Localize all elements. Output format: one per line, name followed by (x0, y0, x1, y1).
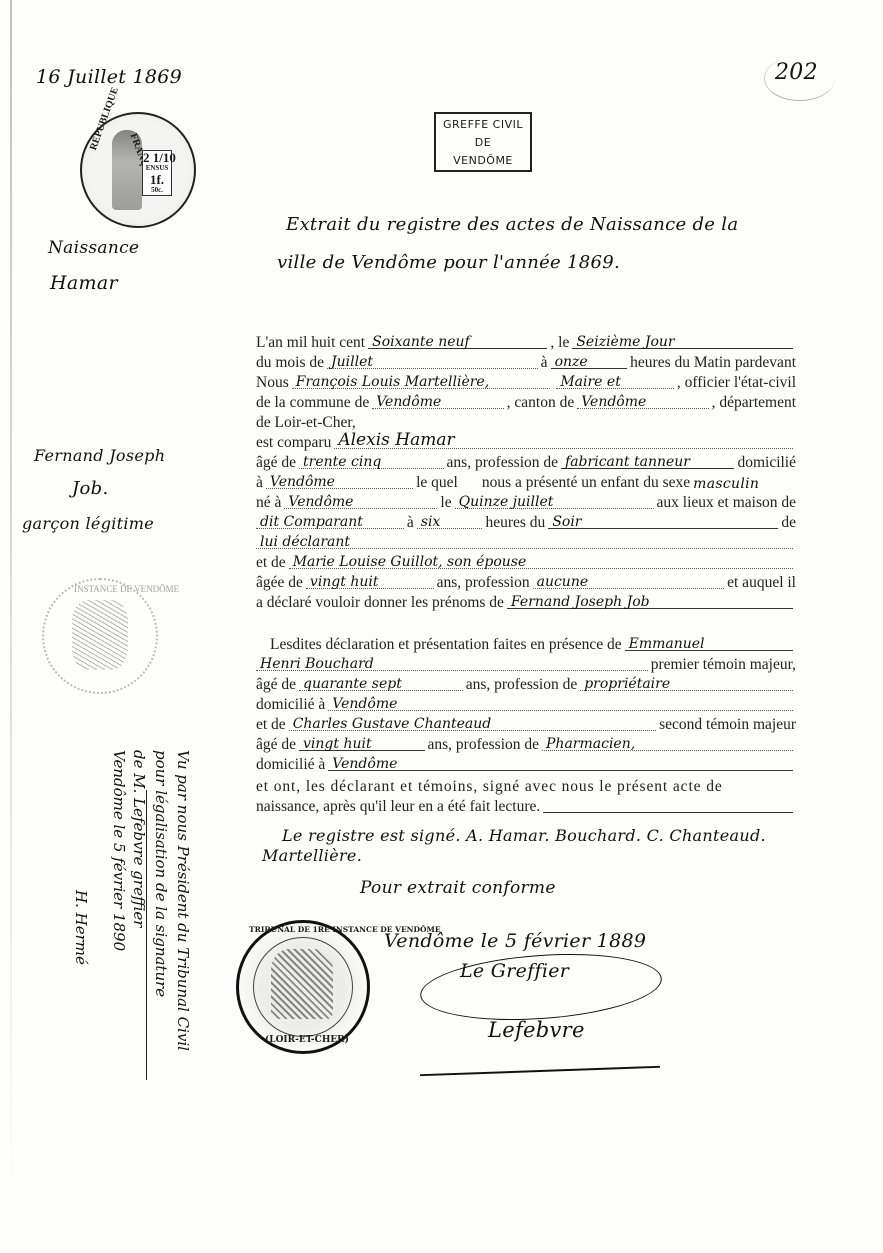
page-edge-shadow (10, 0, 12, 1200)
field-year: Soixante neuf (368, 330, 547, 349)
field-witness2-age: vingt huit (299, 732, 425, 751)
document-title-line-2: ville de Vendôme pour l'année 1869. (277, 252, 620, 273)
value: Vendôme (288, 494, 353, 510)
value: François Louis Martellière, (296, 374, 489, 390)
form-row-birthplace: né à Vendôme le Quinze juillet aux lieux… (256, 492, 796, 512)
seal-figure-icon (72, 600, 128, 670)
value: dit Comparant (260, 514, 363, 530)
value: Henri Bouchard (260, 656, 374, 672)
greffier-signature: Lefebvre (488, 1018, 585, 1042)
value: lui déclarant (260, 534, 350, 550)
field-domicile: Vendôme (266, 470, 413, 489)
label: âgé de (256, 676, 296, 694)
form-row-officer: Nous François Louis Martellière, Maire e… (256, 372, 796, 392)
value: Vendôme (270, 474, 335, 490)
value: fabricant tanneur (565, 454, 690, 470)
form-row-witness2: et de Charles Gustave Chanteaud second t… (256, 714, 796, 734)
spacer (256, 612, 796, 634)
form-row-given-names: a déclaré vouloir donner les prénoms de … (256, 592, 796, 612)
faded-seal-text: INSTANCE DE VENDÔME (74, 584, 179, 594)
greffe-civil-stamp: GREFFE CIVIL DE VENDÔME (434, 112, 532, 172)
signature-underline (420, 1066, 660, 1076)
scanned-document-page: 16 Juillet 1869 202 RÉPUBLIQUE FRANÇAISE… (0, 0, 883, 1253)
margin-status: garçon légitime (22, 514, 154, 533)
form-row-year: L'an mil huit cent Soixante neuf , le Se… (256, 332, 796, 352)
label: âgé de (256, 736, 296, 754)
label: a déclaré vouloir donner les prénoms de (256, 594, 504, 612)
value: Vendôme (581, 394, 646, 410)
field-officer: François Louis Martellière, (292, 370, 551, 389)
field-mother-age: vingt huit (306, 570, 434, 589)
margin-heading: Naissance (48, 238, 139, 258)
value: onze (555, 354, 588, 370)
label: âgée de (256, 574, 303, 592)
form-row-father: lui déclarant (256, 532, 796, 552)
value: Emmanuel (629, 636, 705, 652)
value: Charles Gustave Chanteaud (293, 716, 492, 732)
greffe-line-3: VENDÔME (436, 152, 530, 170)
field-declarant: Alexis Hamar (334, 430, 793, 449)
stamp-value-top: 2 1/10 (143, 150, 176, 165)
register-signed-note-2: Martellière. (262, 846, 362, 865)
faded-seal-icon: INSTANCE DE VENDÔME (42, 578, 158, 694)
field-witness1-name: Henri Bouchard (256, 652, 648, 671)
folio-number: 202 (764, 56, 835, 101)
field-day: Seizième Jour (572, 330, 793, 349)
form-row-mother: et de Marie Louise Guillot, son épouse (256, 552, 796, 572)
fiscal-stamp-icon: RÉPUBLIQUE FRANÇAISE 2 1/10 ENSUS 1f. 50… (80, 112, 196, 228)
label: domicilié à (256, 756, 325, 774)
label: de la commune de (256, 394, 369, 412)
field-officer-title: Maire et (556, 370, 674, 389)
field-hour: onze (551, 350, 628, 369)
legalization-rule (146, 790, 147, 1080)
field-birth-hour: six (417, 510, 483, 529)
form-row-witness1-domicile: domicilié à Vendôme (256, 694, 796, 714)
field-given-names: Fernand Joseph Job (507, 590, 793, 609)
value: quarante sept (303, 676, 402, 692)
form-row-witness1-age: âgé de quarante sept ans, profession de … (256, 674, 796, 694)
field-residence: dit Comparant (256, 510, 404, 529)
label: , canton de (507, 394, 575, 412)
birth-record-form: L'an mil huit cent Soixante neuf , le Se… (256, 332, 796, 816)
value: Seizième Jour (576, 334, 674, 350)
field-sex: masculin (693, 476, 759, 492)
legalization-line: pour légalisation de la signature (152, 750, 170, 997)
label: à (256, 474, 263, 492)
form-row-witness-intro: Lesdites déclaration et présentation fai… (256, 634, 796, 654)
label: et de (256, 554, 286, 572)
label: domicilié (737, 454, 796, 472)
field-witness1-age: quarante sept (299, 672, 463, 691)
form-row-domicile: à Vendôme le quel nous a présenté un enf… (256, 472, 796, 492)
field-mother: Marie Louise Guillot, son épouse (289, 550, 793, 569)
field-witness2-profession: Pharmacien, (542, 732, 793, 751)
closing-text: naissance, après qu'il leur en a été fai… (256, 798, 540, 816)
form-row-witness2-domicile: domicilié à Vendôme (256, 754, 796, 774)
value: Vendôme (332, 696, 397, 712)
certified-extract: Pour extrait conforme (360, 878, 556, 898)
greffier-title: Le Greffier (460, 960, 569, 982)
value: Vendôme (332, 756, 397, 772)
value: Marie Louise Guillot, son épouse (293, 554, 527, 570)
label: ans, profession de (447, 454, 559, 472)
stamp-value-main: 1f. (150, 172, 164, 187)
field-canton: Vendôme (577, 390, 708, 409)
field-birthdate: Quinze juillet (455, 490, 654, 509)
legalization-signature: H. Hermé (72, 890, 90, 965)
seal-figure-icon (271, 949, 333, 1019)
form-row-month: du mois de Juillet à onze heures du Mati… (256, 352, 796, 372)
stamp-value: 2 1/10 ENSUS 1f. 50c. (142, 150, 172, 196)
value: vingt huit (310, 574, 379, 590)
field-month: Juillet (327, 350, 538, 369)
field-profession: fabricant tanneur (561, 450, 734, 469)
field-commune: Vendôme (372, 390, 503, 409)
legalization-line: Vu par nous Président du Tribunal Civil (174, 750, 192, 1051)
field-witness2-name: Charles Gustave Chanteaud (289, 712, 656, 731)
value: six (421, 514, 441, 530)
field-father: lui déclarant (256, 530, 793, 549)
form-row-commune: de la commune de Vendôme , canton de Ven… (256, 392, 796, 412)
field-witness1-first: Emmanuel (625, 632, 793, 651)
form-row-department: de Loir-et-Cher, (256, 412, 796, 432)
field-witness1-domicile: Vendôme (328, 692, 793, 711)
field-witness1-profession: propriétaire (580, 672, 793, 691)
form-row-declarant-age: âgé de trente cinq ans, profession de fa… (256, 452, 796, 472)
register-signed-note: Le registre est signé. A. Hamar. Bouchar… (282, 826, 766, 845)
value: Maire et (560, 374, 621, 390)
form-row-birthtime: dit Comparant à six heures du Soir de (256, 512, 796, 532)
seal-bottom-text: (LOIR-ET-CHER) (265, 1035, 349, 1045)
value: propriétaire (584, 676, 670, 692)
value: aucune (537, 574, 589, 590)
greffe-line-2: DE (436, 134, 530, 152)
form-row-closing-2: naissance, après qu'il leur en a été fai… (256, 796, 796, 816)
label: Nous (256, 374, 289, 392)
field-time-of-day: Soir (548, 510, 778, 529)
form-row-closing-1: et ont, les déclarant et témoins, signé … (256, 774, 796, 796)
closing-rule (543, 794, 793, 813)
label: et de (256, 716, 286, 734)
field-birthplace: Vendôme (284, 490, 437, 509)
signature-oval-flourish (418, 947, 664, 1028)
stamp-value-cents: 50c. (143, 186, 171, 195)
value: Fernand Joseph Job (511, 594, 650, 610)
form-row-witness2-age: âgé de vingt huit ans, profession de Pha… (256, 734, 796, 754)
top-left-date: 16 Juillet 1869 (36, 66, 182, 88)
field-mother-profession: aucune (533, 570, 725, 589)
value: vingt huit (303, 736, 372, 752)
margin-child-name-3: Job. (72, 478, 109, 499)
label: , département (712, 394, 796, 412)
label: pardevant (735, 354, 796, 372)
form-row-witness1: Henri Bouchard premier témoin majeur, (256, 654, 796, 674)
field-age: trente cinq (299, 450, 444, 469)
margin-surname: Hamar (50, 272, 118, 294)
form-row-declarant: est comparu Alexis Hamar (256, 432, 796, 452)
court-seal-icon: TRIBUNAL DE 1RE INSTANCE DE VENDÔME (LOI… (236, 920, 370, 1054)
value: Vendôme (376, 394, 441, 410)
value: trente cinq (303, 454, 381, 470)
value: Alexis Hamar (338, 430, 454, 450)
value: Juillet (331, 354, 373, 370)
margin-child-names: Fernand Joseph (34, 446, 165, 465)
value: Soir (552, 514, 581, 530)
greffe-line-1: GREFFE CIVIL (436, 116, 530, 134)
value: Quinze juillet (459, 494, 554, 510)
document-title-line-1: Extrait du registre des actes de Naissan… (286, 214, 738, 235)
seal-ring-text: TRIBUNAL DE 1RE INSTANCE DE VENDÔME (249, 925, 359, 934)
legalization-line: Vendôme le 5 février 1890 (110, 750, 128, 951)
form-row-mother-age: âgée de vingt huit ans, profession aucun… (256, 572, 796, 592)
field-witness2-domicile: Vendôme (328, 752, 793, 771)
value: Pharmacien, (546, 736, 635, 752)
legalization-note: Vu par nous Président du Tribunal Civil … (70, 750, 230, 1080)
value: Soixante neuf (372, 334, 470, 350)
